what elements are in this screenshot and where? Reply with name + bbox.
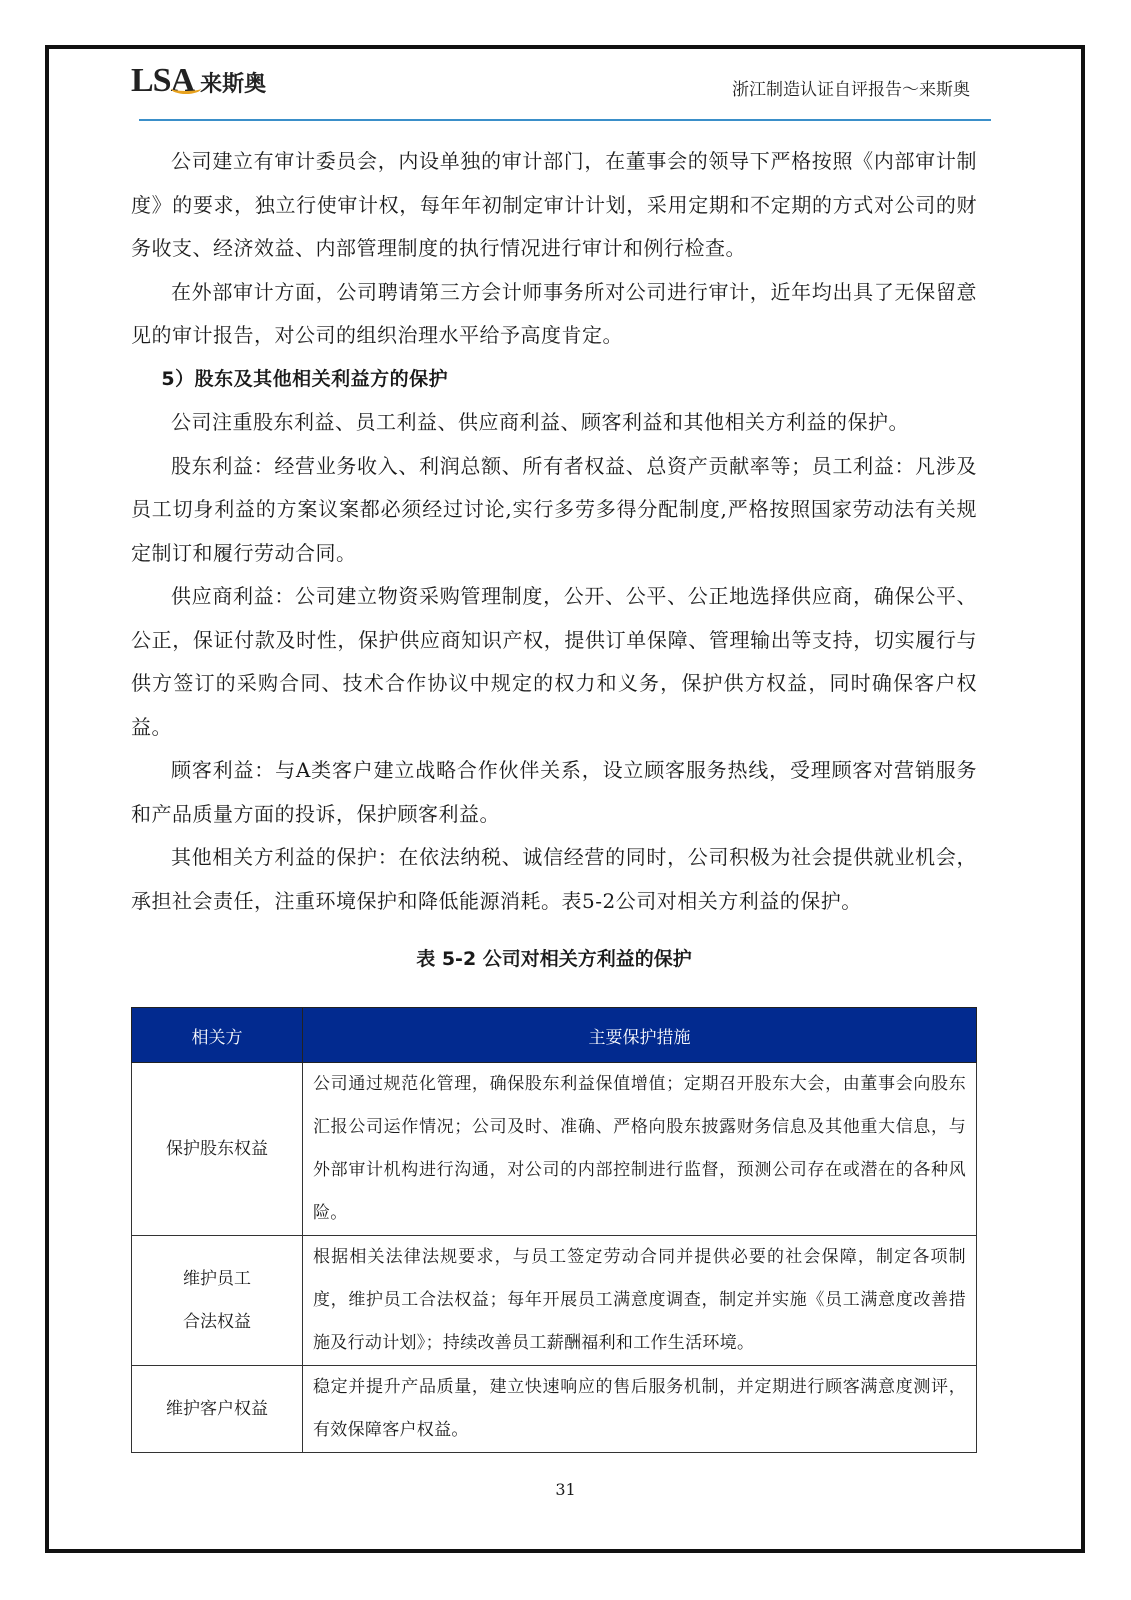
party-cell: 维护客户权益 bbox=[132, 1366, 303, 1453]
party-cell: 保护股东权益 bbox=[132, 1063, 303, 1236]
party-cell: 维护员工合法权益 bbox=[132, 1236, 303, 1366]
stakeholder-protection-table: 相关方 主要保护措施 保护股东权益 公司通过规范化管理，确保股东利益保值增值；定… bbox=[131, 1007, 977, 1453]
paragraph-internal-audit: 公司建立有审计委员会，内设单独的审计部门，在董事会的领导下严格按照《内部审计制度… bbox=[131, 140, 977, 271]
table-caption: 表 5-2 公司对相关方利益的保护 bbox=[131, 944, 977, 971]
measure-cell: 稳定并提升产品质量，建立快速响应的售后服务机制，并定期进行顾客满意度测评，有效保… bbox=[303, 1366, 977, 1453]
measure-cell: 公司通过规范化管理，确保股东利益保值增值；定期召开股东大会，由董事会向股东汇报公… bbox=[303, 1063, 977, 1236]
logo-swoosh-icon bbox=[171, 83, 201, 94]
section-heading: 5）股东及其他相关利益方的保护 bbox=[131, 358, 977, 402]
logo-latin: LSA bbox=[131, 62, 194, 100]
table-row: 维护员工合法权益 根据相关法律法规要求，与员工签定劳动合同并提供必要的社会保障，… bbox=[132, 1236, 977, 1366]
paragraph-shareholder-employee: 股东利益：经营业务收入、利润总额、所有者权益、总资产贡献率等；员工利益：凡涉及员… bbox=[131, 445, 977, 576]
column-header-party: 相关方 bbox=[132, 1008, 303, 1063]
table-row: 保护股东权益 公司通过规范化管理，确保股东利益保值增值；定期召开股东大会，由董事… bbox=[132, 1063, 977, 1236]
column-header-measures: 主要保护措施 bbox=[303, 1008, 977, 1063]
running-header-title: 浙江制造认证自评报告～来斯奥 bbox=[732, 75, 970, 100]
paragraph-supplier: 供应商利益：公司建立物资采购管理制度，公开、公平、公正地选择供应商，确保公平、公… bbox=[131, 575, 977, 749]
measure-cell: 根据相关法律法规要求，与员工签定劳动合同并提供必要的社会保障，制定各项制度，维护… bbox=[303, 1236, 977, 1366]
paragraph-stakeholders-intro: 公司注重股东利益、员工利益、供应商利益、顾客利益和其他相关方利益的保护。 bbox=[131, 401, 977, 445]
paragraph-external-audit: 在外部审计方面，公司聘请第三方会计师事务所对公司进行审计，近年均出具了无保留意见… bbox=[131, 271, 977, 358]
company-logo: LSA 来斯奥 bbox=[131, 62, 266, 100]
table-row: 维护客户权益 稳定并提升产品质量，建立快速响应的售后服务机制，并定期进行顾客满意… bbox=[132, 1366, 977, 1453]
table-header-row: 相关方 主要保护措施 bbox=[132, 1008, 977, 1063]
body-text: 公司建立有审计委员会，内设单独的审计部门，在董事会的领导下严格按照《内部审计制度… bbox=[131, 140, 977, 923]
header-divider bbox=[139, 119, 991, 121]
logo-chinese: 来斯奥 bbox=[200, 67, 266, 98]
page-number: 31 bbox=[0, 1480, 1131, 1499]
paragraph-other-parties: 其他相关方利益的保护：在依法纳税、诚信经营的同时，公司积极为社会提供就业机会，承… bbox=[131, 836, 977, 923]
paragraph-customer: 顾客利益：与A类客户建立战略合作伙伴关系，设立顾客服务热线，受理顾客对营销服务和… bbox=[131, 749, 977, 836]
